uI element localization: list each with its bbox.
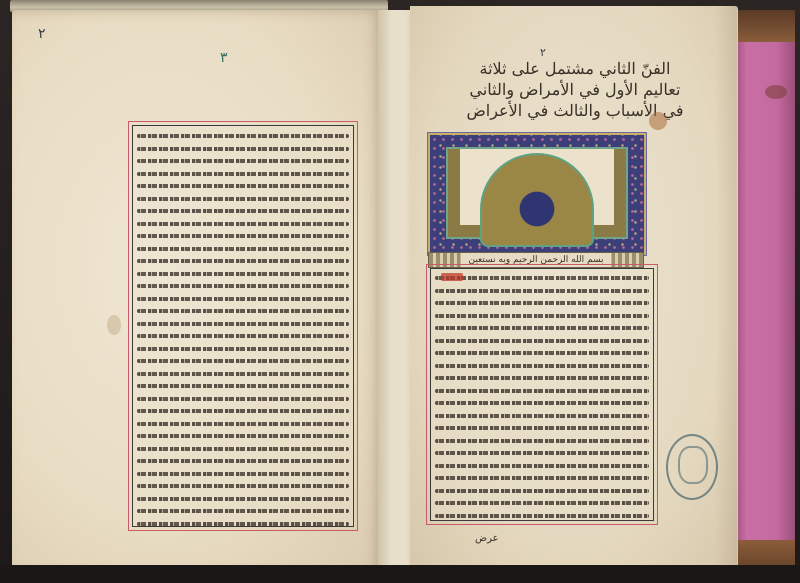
text-line [137, 293, 349, 306]
text-line [137, 455, 349, 468]
basmala-band: بسم الله الرحمن الرحيم وبه نستعين [428, 252, 644, 268]
text-line [137, 143, 349, 156]
text-line [435, 297, 649, 310]
paper-stain [107, 315, 121, 335]
left-text-lines [133, 130, 353, 527]
right-text-lines [431, 272, 653, 521]
text-line [435, 372, 649, 385]
text-line [435, 447, 649, 460]
heading-line: الفنّ الثاني مشتمل على ثلاثة [440, 58, 710, 79]
text-line [137, 468, 349, 481]
text-line [137, 493, 349, 506]
text-line [435, 272, 649, 285]
text-line [137, 193, 349, 206]
text-line [137, 305, 349, 318]
right-text-block [430, 268, 654, 521]
section-heading: الفنّ الثاني مشتمل على ثلاثة تعاليم الأو… [440, 58, 710, 121]
text-line [137, 443, 349, 456]
rubric-mark [441, 273, 463, 281]
text-line [137, 243, 349, 256]
text-line [435, 422, 649, 435]
text-line [137, 280, 349, 293]
text-line [137, 230, 349, 243]
paper-stain [649, 112, 667, 130]
page-number: ٣ [220, 50, 228, 66]
text-line [137, 518, 349, 528]
text-line [435, 410, 649, 423]
text-line [435, 497, 649, 510]
text-line [137, 380, 349, 393]
text-line [137, 205, 349, 218]
illuminated-headpiece [428, 133, 646, 255]
text-line [137, 318, 349, 331]
catchword: عرض [475, 533, 499, 544]
text-line [435, 397, 649, 410]
text-line [435, 285, 649, 298]
text-line [435, 347, 649, 360]
text-line [435, 322, 649, 335]
text-line [137, 480, 349, 493]
binding-leather-top [735, 10, 795, 42]
text-line [137, 130, 349, 143]
text-line [435, 360, 649, 373]
text-line [435, 472, 649, 485]
text-line [137, 418, 349, 431]
heading-number: ٢ [540, 46, 546, 59]
text-line [137, 218, 349, 231]
seal-stamp [666, 434, 718, 500]
headpiece-inner-frame [446, 147, 628, 239]
text-line [137, 430, 349, 443]
heading-line: في الأسباب والثالث في الأعراض [440, 100, 710, 121]
text-line [137, 368, 349, 381]
text-line [435, 310, 649, 323]
text-line [435, 485, 649, 498]
text-line [435, 435, 649, 448]
text-line [137, 180, 349, 193]
table-surface [0, 565, 800, 583]
text-line [137, 255, 349, 268]
seal-inner-ring [678, 446, 708, 484]
text-line [435, 385, 649, 398]
basmala: بسم الله الرحمن الرحيم وبه نستعين [460, 253, 611, 267]
text-line [137, 405, 349, 418]
text-line [137, 355, 349, 368]
text-line [137, 155, 349, 168]
folio-mark: ٢ [38, 26, 46, 42]
binding-stain [765, 85, 787, 99]
right-page-edge [715, 6, 737, 574]
text-line [137, 505, 349, 518]
heading-line: تعاليم الأول في الأمراض والثاني [440, 79, 710, 100]
text-line [137, 393, 349, 406]
left-text-block [132, 125, 354, 527]
text-line [137, 168, 349, 181]
text-line [137, 268, 349, 281]
text-line [137, 343, 349, 356]
text-line [435, 460, 649, 473]
text-line [435, 510, 649, 522]
text-line [435, 335, 649, 348]
text-line [137, 330, 349, 343]
